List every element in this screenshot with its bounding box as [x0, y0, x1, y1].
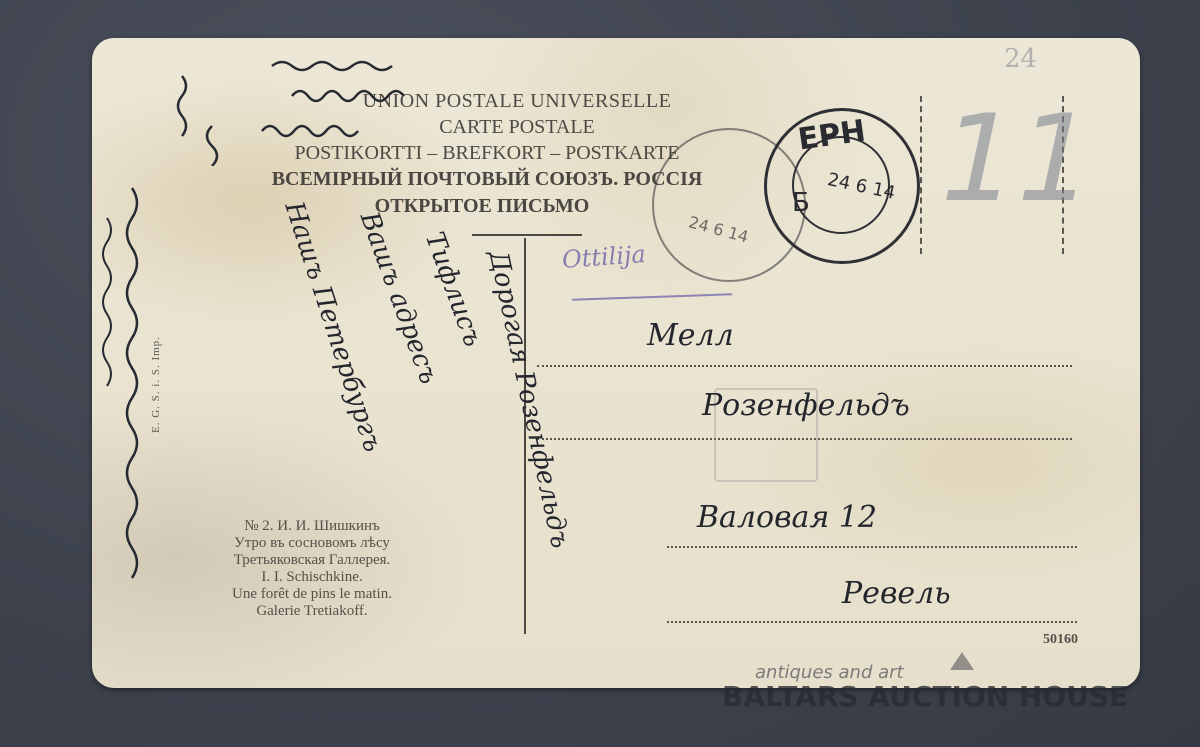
postcard-back: UNION POSTALE UNIVERSELLE CARTE POSTALE …: [92, 38, 1140, 688]
divider-top-line: [472, 234, 582, 236]
caption-gallery-ru: Третьяковская Галлерея.: [162, 552, 462, 569]
violet-underline: [572, 293, 732, 301]
header-otkrytoe-pismo: ОТКРЫТОЕ ПИСЬМО: [302, 195, 662, 218]
handwriting-left-margin: [92, 178, 172, 598]
address-line-3: [667, 546, 1077, 548]
watermark-crown-icon: [950, 652, 974, 670]
postmark-circle-secondary: [652, 128, 806, 282]
message-line-2: Тифлисъ: [419, 228, 488, 351]
caption-title-fr: Une forêt de pins le matin.: [162, 586, 462, 603]
address-line-4: [667, 621, 1077, 623]
watermark-brand: BALTARS AUCTION HOUSE: [722, 680, 1128, 713]
caption-artist-ru: И. И. Шишкинъ: [277, 518, 379, 534]
pencil-number-11: 11: [925, 90, 1107, 229]
caption-number: № 2.: [244, 518, 273, 534]
violet-handwritten-note: Ottilija: [561, 240, 646, 274]
address-name-1: Мелл: [647, 318, 734, 353]
address-city: Ревель: [842, 576, 951, 611]
address-name-2: Розенфельдъ: [702, 388, 910, 423]
pencil-number-24: 24: [1004, 44, 1037, 74]
caption-gallery-fr: Galerie Tretiakoff.: [162, 603, 462, 620]
caption-artist-fr: I. I. Schischkine.: [162, 569, 462, 586]
artwork-caption: № 2. И. И. Шишкинъ Утро въ сосновомъ лѣс…: [162, 518, 462, 620]
serial-number: 50160: [1043, 632, 1078, 648]
message-line-1: Дорогая Розенфельдъ: [483, 248, 575, 551]
address-line-1: [537, 365, 1072, 367]
handwriting-top-left-scribbles: [152, 46, 482, 166]
address-street: Валовая 12: [697, 500, 877, 535]
caption-title-ru: Утро въ сосновомъ лѣсу: [162, 535, 462, 552]
